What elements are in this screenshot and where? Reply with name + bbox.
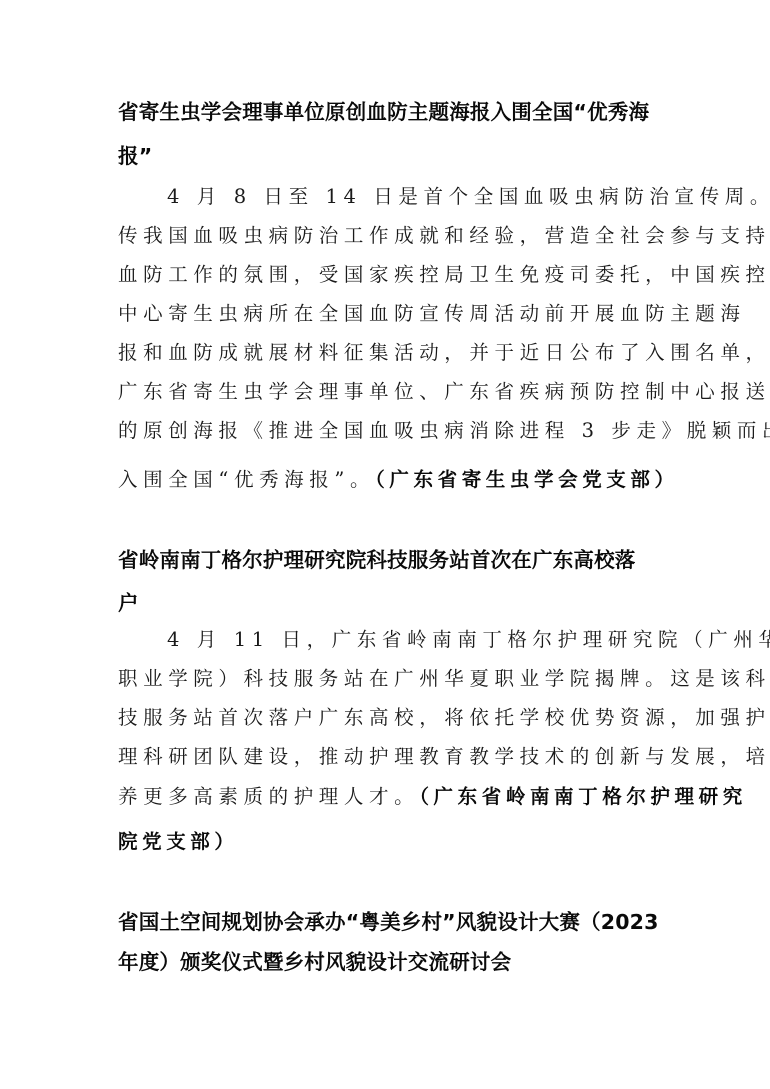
body-line: 的原创海报《推进全国血吸虫病消除进程 3 步走》脱颖而出，: [118, 416, 658, 446]
body-line: 报和血防成就展材料征集活动，并于近日公布了入围名单，: [118, 338, 658, 368]
title-line: 省岭南南丁格尔护理研究院科技服务站首次在广东高校落: [118, 545, 658, 575]
body-line: 养更多高素质的护理人才。（广东省岭南南丁格尔护理研究: [118, 782, 658, 812]
body-text: 养更多高素质的护理人才。: [118, 785, 419, 808]
article-2-signature-cont: 院党支部）: [118, 830, 239, 853]
body-line: 4 月 8 日至 14 日是首个全国血吸虫病防治宣传周。为宣: [167, 182, 707, 212]
body-line: 技服务站首次落户广东高校，将依托学校优势资源，加强护: [118, 703, 658, 733]
article-1-signature: （广东省寄生虫学会党支部）: [375, 468, 679, 491]
body-line: 职业学院）科技服务站在广州华夏职业学院揭牌。这是该科: [118, 664, 658, 694]
body-text: 入围全国“优秀海报”。: [118, 468, 375, 491]
body-line: 入围全国“优秀海报”。（广东省寄生虫学会党支部）: [118, 465, 658, 495]
title-line: 年度）颁奖仪式暨乡村风貌设计交流研讨会: [118, 947, 658, 977]
body-line: 广东省寄生虫学会理事单位、广东省疾病预防控制中心报送: [118, 377, 658, 407]
body-line: 传我国血吸虫病防治工作成就和经验，营造全社会参与支持: [118, 221, 658, 251]
body-line: 院党支部）: [118, 827, 658, 857]
body-line: 血防工作的氛围，受国家疾控局卫生免疫司委托，中国疾控: [118, 260, 658, 290]
body-line: 4 月 11 日，广东省岭南南丁格尔护理研究院（广州华夏: [167, 625, 707, 655]
article-2-signature: （广东省岭南南丁格尔护理研究: [419, 785, 747, 808]
title-line: 省寄生虫学会理事单位原创血防主题海报入围全国“优秀海: [118, 97, 658, 127]
title-line: 报”: [118, 141, 658, 171]
body-line: 中心寄生虫病所在全国血防宣传周活动前开展血防主题海: [118, 299, 658, 329]
document-page: 省寄生虫学会理事单位原创血防主题海报入围全国“优秀海 报” 4 月 8 日至 1…: [0, 0, 770, 1089]
title-line: 省国土空间规划协会承办“粤美乡村”风貌设计大赛（2023: [118, 907, 658, 937]
body-line: 理科研团队建设，推动护理教育教学技术的创新与发展，培: [118, 742, 658, 772]
title-line: 户: [118, 588, 658, 618]
